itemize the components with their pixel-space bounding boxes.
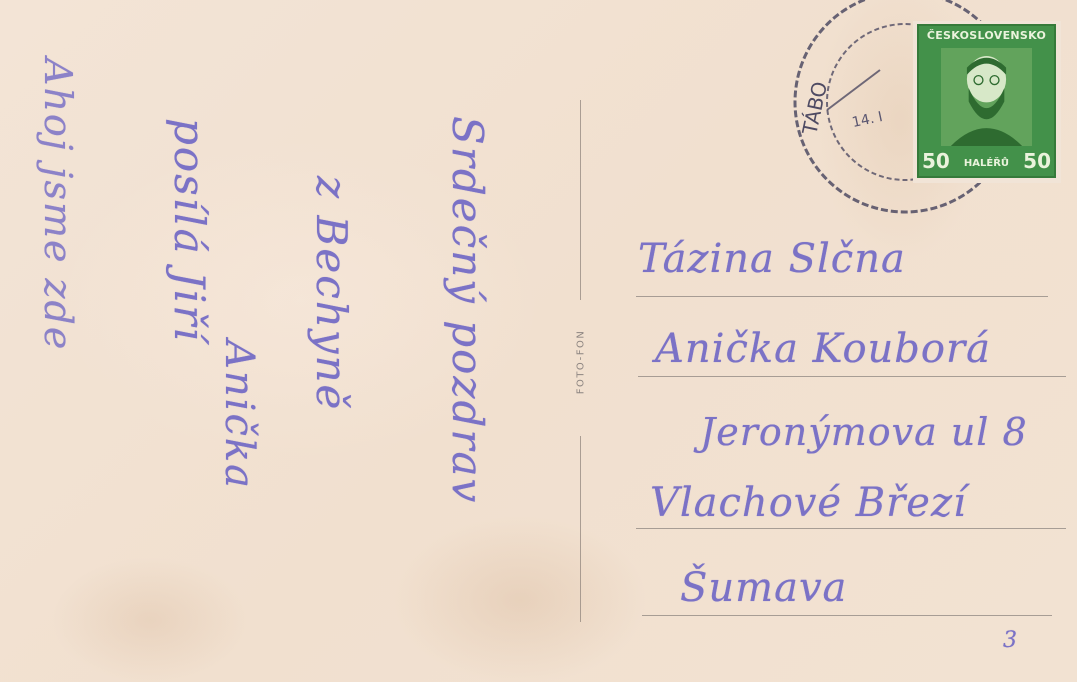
message-column-1: Srdečný pozdrav xyxy=(443,116,492,504)
stamp-country: ČESKOSLOVENSKO xyxy=(919,29,1054,42)
address-rule-2 xyxy=(638,376,1066,377)
page-mark: 3 xyxy=(1003,628,1017,653)
printer-mark: FOTO-FON xyxy=(576,330,587,395)
address-line-2: Anička Kouborá xyxy=(655,326,991,372)
postage-stamp: ČESKOSLOVENSKO 50 HALÉŘŮ 50 xyxy=(913,21,1061,183)
message-column-5: Ahoj jsme zde xyxy=(36,58,80,351)
address-line-3: Jeronýmova ul 8 xyxy=(700,410,1028,454)
center-divider-top xyxy=(580,100,581,300)
address-rule-4 xyxy=(642,615,1052,616)
postcard-back: FOTO-FON Tázina Slčna Anička Kouborá Jer… xyxy=(0,0,1077,682)
stamp-value-right: 50 xyxy=(1023,149,1051,173)
center-divider-bottom xyxy=(580,436,581,622)
message-column-2: z Bechyně xyxy=(307,176,356,411)
stamp-portrait-icon xyxy=(941,48,1032,146)
address-line-4: Vlachové Březí xyxy=(650,480,967,526)
message-column-4: posílá Jiří xyxy=(165,118,214,343)
address-line-1: Tázina Slčna xyxy=(638,236,906,282)
address-rule-3 xyxy=(636,528,1066,529)
address-line-5: Šumava xyxy=(680,565,847,611)
address-rule-1 xyxy=(636,296,1048,297)
message-column-3: Anička xyxy=(216,340,262,490)
